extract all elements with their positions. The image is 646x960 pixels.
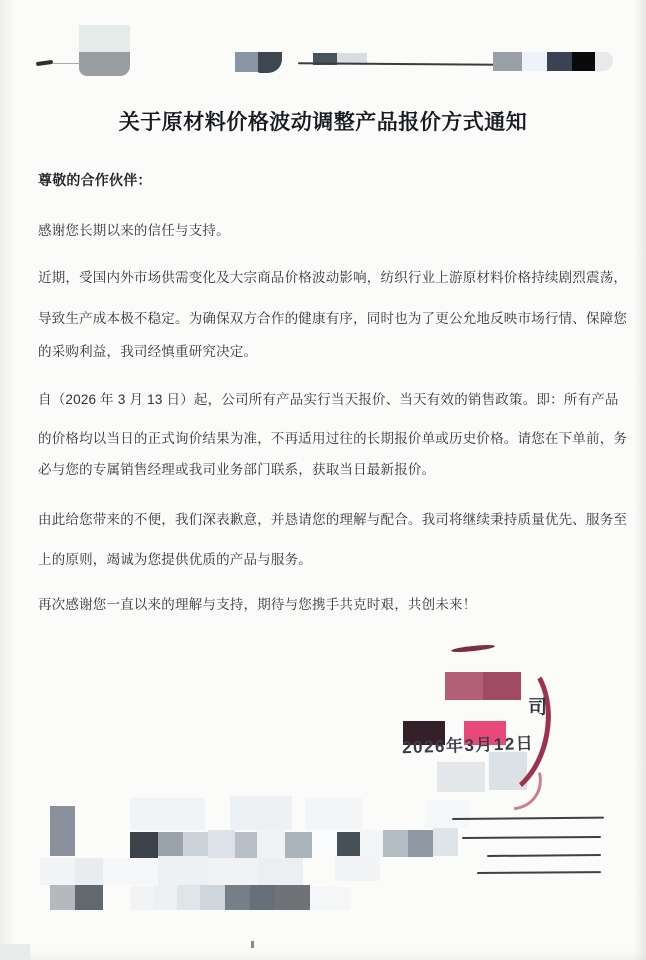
redaction-tile [285, 832, 312, 858]
body-line: 近期，受国内外市场供需变化及大宗商品价格波动影响，纺织行业上游原材料价格持续剧烈… [38, 268, 627, 288]
redaction-tile [177, 885, 200, 910]
notice-date: 2026年3月12日 [402, 729, 535, 759]
body-line: 的采购利益，我司经慎重研究决定。 [38, 342, 257, 362]
redaction-tile [130, 886, 153, 910]
redaction-tile [183, 832, 208, 858]
redaction-tile [103, 858, 158, 885]
redaction-tile [235, 832, 257, 858]
redaction-tile [337, 832, 360, 858]
redaction-tile [408, 830, 433, 857]
redaction-tile [230, 796, 292, 830]
redaction-tile [360, 830, 383, 858]
notice-title: 关于原材料价格波动调整产品报价方式通知 [0, 106, 646, 136]
redaction-tile [208, 858, 258, 885]
redaction-tile [425, 800, 470, 828]
salutation: 尊敬的合作伙伴： [38, 170, 152, 190]
redaction-tile [595, 52, 613, 71]
redaction-tile [79, 52, 130, 76]
redaction-tile [225, 885, 250, 910]
redaction-tile [79, 25, 130, 52]
redaction-tile [257, 830, 285, 858]
redaction-tile [493, 52, 522, 71]
body-line: 再次感谢您一直以来的理解与支持，期待与您携手共克时艰，共创未来！ [38, 595, 476, 615]
signature-line [452, 817, 604, 820]
redaction-tile [40, 858, 75, 885]
signature-line [462, 836, 601, 839]
redaction-tile [312, 830, 337, 858]
redaction-tile [522, 52, 547, 71]
signature-line [487, 854, 601, 857]
body-line: 上的原则，竭诚为您提供优质的产品与服务。 [38, 550, 312, 570]
redaction-tile [275, 885, 310, 910]
company-name-fragment: 司 [528, 692, 547, 719]
scanned-notice-page: 关于原材料价格波动调整产品报价方式通知 尊敬的合作伙伴： 感谢您长期以来的信任与… [0, 0, 646, 960]
redaction-tile [53, 63, 81, 64]
redaction-tile [200, 885, 225, 910]
redaction-tile [75, 885, 103, 910]
redaction-tile [383, 830, 408, 857]
redaction-tile [36, 60, 53, 66]
signature-line [477, 871, 601, 874]
redaction-tile [305, 798, 362, 830]
redaction-tile [75, 858, 103, 885]
body-line: 的价格均以当日的正式询价结果为准，不再适用过往的长期报价单或历史价格。请您在下单… [38, 429, 627, 449]
redaction-tile [335, 856, 380, 881]
redaction-tile [258, 52, 282, 73]
seal-dash [451, 644, 495, 654]
body-line: 必与您的专属销售经理或我司业务部门联系，获取当日最新报价。 [38, 460, 435, 480]
redaction-tile [547, 52, 572, 71]
redaction-tile [208, 830, 235, 858]
redaction-tile [130, 832, 158, 858]
redaction-tile [310, 887, 350, 910]
redaction-tile [50, 885, 75, 910]
redaction-tile [433, 828, 458, 856]
redaction-tile [130, 798, 205, 830]
redaction-tile [158, 832, 183, 858]
redaction-tile [258, 858, 303, 885]
redaction-tile [0, 944, 30, 960]
redaction-tile [235, 52, 258, 72]
redaction-tile [572, 52, 595, 71]
redaction-tile [153, 885, 177, 910]
body-line: 导致生产成本极不稳定。为确保双方合作的健康有序，同时也为了更公允地反映市场行情、… [38, 309, 627, 329]
redaction-tile [298, 62, 500, 65]
body-line: 自（2026 年 3 月 13 日）起，公司所有产品实行当天报价、当天有效的销售… [38, 390, 619, 410]
redaction-tile [50, 806, 75, 856]
redaction-tile [250, 885, 275, 910]
redaction-tile [158, 856, 208, 885]
redaction-tile [251, 941, 254, 948]
body-line: 由此给您带来的不便，我们深表歉意，并恳请您的理解与配合。我司将继续秉持质量优先、… [38, 510, 627, 530]
body-line: 感谢您长期以来的信任与支持。 [38, 221, 230, 241]
